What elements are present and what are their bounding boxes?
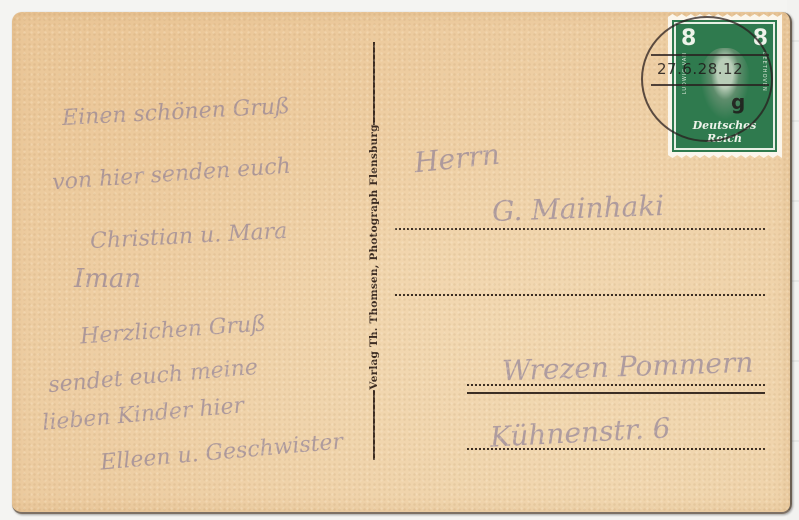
address-dotted-line [467,448,765,450]
message-line: Iman [74,264,141,294]
divider-line [373,42,375,125]
message-line: lieben Kinder hier [41,393,245,436]
address-underline [467,392,765,394]
message-line: von hier senden euch [51,154,291,196]
divider-line [373,390,375,460]
address-dotted-line [467,384,765,386]
address-dotted-line [395,228,765,230]
message-line: Einen schönen Gruß [62,94,291,131]
message-line: Christian u. Mara [89,219,287,254]
postmark-date: 27.6.28.12 [657,60,743,78]
address-line: G. Mainhaki [491,189,664,228]
postmark-bar [651,84,769,86]
message-line: Elleen u. Geschwister [99,429,344,475]
address-line: Herrn [413,138,502,180]
publisher-imprint: Verlag Th. Thomsen, Photograph Flensburg [368,124,380,389]
postmark-code: g [731,90,745,114]
address-line: Wrezen Pommern [502,346,754,388]
address-dotted-line [395,294,765,296]
postmark-bar [651,54,769,56]
message-line: sendet euch meine [47,355,259,398]
message-line: Herzlichen Gruß [79,312,266,350]
postmark-cancellation: 27.6.28.12 g [641,16,773,142]
